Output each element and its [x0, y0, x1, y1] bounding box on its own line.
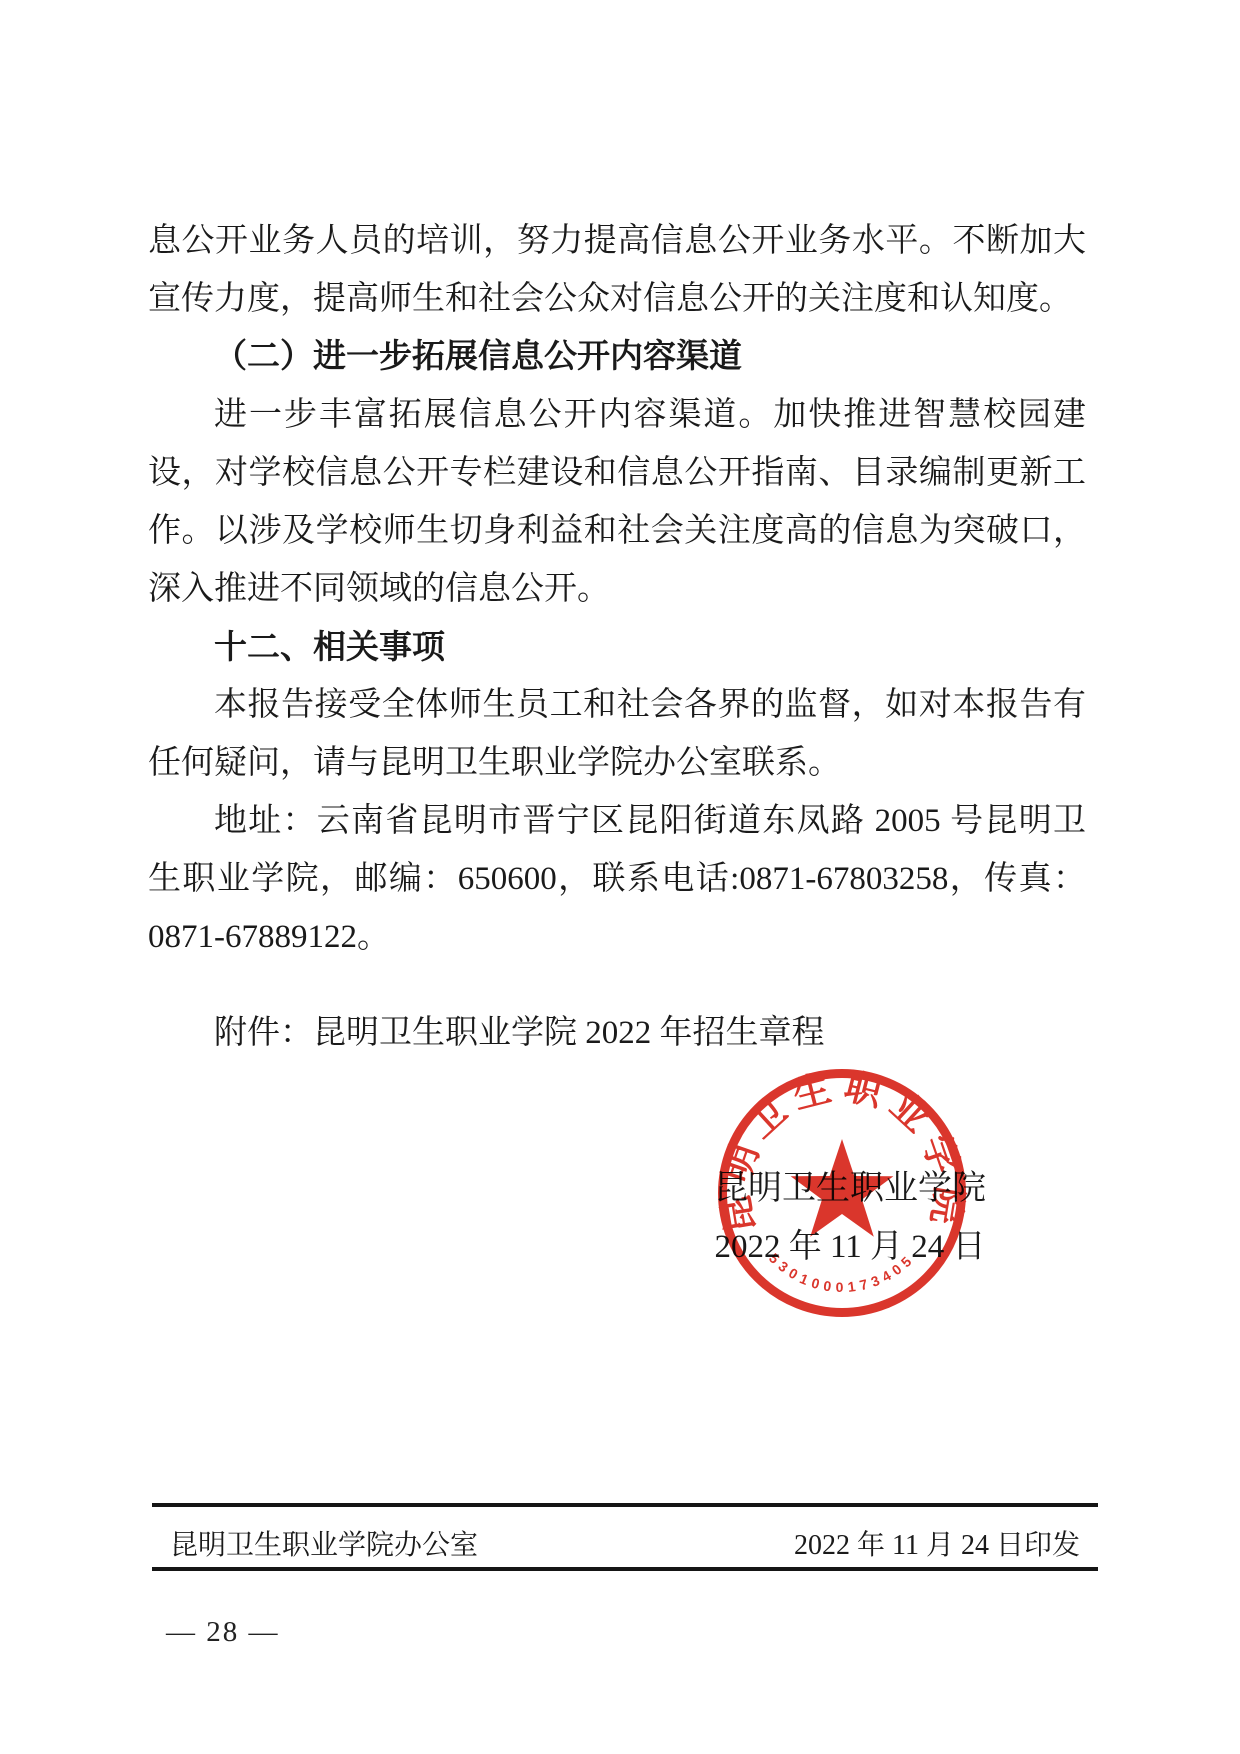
- document-body: 息公开业务人员的培训，努力提高信息公开业务水平。不断加大宣传力度，提高师生和社会…: [148, 212, 1086, 1062]
- paragraph: 本报告接受全体师生员工和社会各界的监督，如对本报告有任何疑问，请与昆明卫生职业学…: [148, 676, 1086, 792]
- paragraph: 附件：昆明卫生职业学院 2022 年招生章程: [148, 1004, 1086, 1062]
- footer-issuer: 昆明卫生职业学院办公室: [170, 1523, 478, 1563]
- official-seal: 昆明卫生职业学院 5301000173405: [707, 1058, 977, 1328]
- paragraph: 十二、相关事项: [148, 618, 1086, 676]
- paragraph: 息公开业务人员的培训，努力提高信息公开业务水平。不断加大宣传力度，提高师生和社会…: [148, 212, 1086, 328]
- footer-row: 昆明卫生职业学院办公室 2022 年 11 月 24 日印发: [152, 1528, 1098, 1558]
- seal-star-icon: [791, 1139, 894, 1237]
- document-page: 息公开业务人员的培训，努力提高信息公开业务水平。不断加大宣传力度，提高师生和社会…: [0, 0, 1240, 1754]
- paragraph: （二）进一步拓展信息公开内容渠道: [148, 328, 1086, 386]
- paragraph: 进一步丰富拓展信息公开内容渠道。加快推进智慧校园建设，对学校信息公开专栏建设和信…: [148, 386, 1086, 618]
- paragraph: 地址：云南省昆明市晋宁区昆阳街道东凤路 2005 号昆明卫生职业学院，邮编：65…: [148, 792, 1086, 966]
- footer-rule-top: [152, 1503, 1098, 1507]
- footer-rule-bottom: [152, 1567, 1098, 1571]
- seal-serial-number: 5301000173405: [766, 1250, 918, 1295]
- footer-print-date: 2022 年 11 月 24 日印发: [794, 1523, 1080, 1563]
- footer: 昆明卫生职业学院办公室 2022 年 11 月 24 日印发: [152, 1503, 1098, 1571]
- page-number: — 28 —: [166, 1616, 280, 1649]
